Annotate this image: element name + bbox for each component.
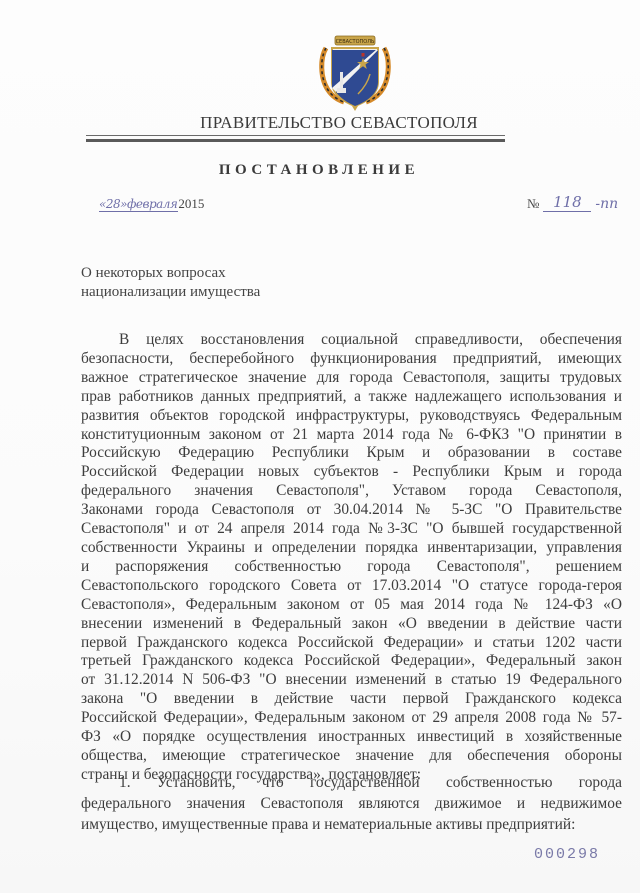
document-page: СЕВАСТОПОЛЬ ПРАВИТЕЛЬСТВО СЕВАСТОПОЛЯ ПО…	[0, 0, 640, 893]
handwritten-number: 118	[543, 193, 591, 212]
preamble-line: первой Гражданского кодекса Российской Ф…	[81, 634, 622, 653]
preamble-line: Российской Федерации», Федеральным закон…	[81, 709, 622, 728]
clause-line: федерального значения Севастополя являют…	[81, 793, 622, 814]
date-day: 28	[106, 197, 120, 211]
date-close-quote: »	[120, 197, 127, 211]
header-rule-thick	[86, 139, 505, 142]
preamble-line: третьей Гражданского кодекса Российской …	[81, 652, 622, 671]
organization-name-text: ПРАВИТЕЛЬСТВО СЕВАСТОПОЛЯ	[200, 113, 478, 132]
preamble-line: собственности Украины и определении поря…	[81, 539, 622, 558]
coat-of-arms-icon: СЕВАСТОПОЛЬ	[318, 28, 392, 112]
clause-line: имущество, имущественные права и нематер…	[81, 814, 622, 835]
preamble-line: от 31.12.2014 N 506-ФЗ "О внесении измен…	[81, 671, 622, 690]
preamble-line: федерального значения Севастополя", Уста…	[81, 482, 622, 501]
date-month: февраля	[127, 197, 177, 211]
serial-number-stamp: 000298	[534, 846, 600, 863]
subject-line-1: О некоторых вопросах	[81, 264, 260, 283]
preamble-line: Севастополя», Федеральным законом от 05 …	[81, 596, 622, 615]
document-type-heading: ПОСТАНОВЛЕНИЕ	[0, 162, 640, 179]
preamble-line: Российскую Федерацию Республики Крым и о…	[81, 444, 622, 463]
preamble-line: важное стратегическое значение для город…	[81, 369, 622, 388]
preamble-line: ФЗ «О порядке осуществления иностранных …	[81, 728, 622, 747]
preamble-line: Севастополя" и от 24 апреля 2014 года №3…	[81, 520, 622, 539]
date-year: 2015	[178, 196, 204, 212]
handwritten-date: «28»февраля	[99, 197, 178, 212]
organization-name: ПРАВИТЕЛЬСТВО СЕВАСТОПОЛЯ	[0, 113, 640, 133]
number-label: №	[527, 196, 539, 212]
preamble-line: Законами города Севастополя от 30.04.201…	[81, 501, 622, 520]
preamble-line: внесении изменений в Федеральный закон «…	[81, 615, 622, 634]
header-rule-thin	[86, 135, 505, 136]
document-number: № 118 -пп	[527, 193, 618, 212]
document-date: «28»февраля 2015	[99, 196, 204, 212]
preamble-line: В целях восстановления социальной справе…	[81, 331, 622, 350]
clause-line: 1. Установить, что государственной собст…	[81, 772, 622, 793]
subject-line-2: национализации имущества	[81, 283, 260, 302]
preamble-line: прав работников данных предприятий, а та…	[81, 388, 622, 407]
handwritten-number-suffix: -пп	[595, 196, 618, 212]
preamble-line: конституционным законом от 21 марта 2014…	[81, 426, 622, 445]
date-open-quote: «	[99, 197, 106, 211]
preamble-line: общества, имеющие стратегическое значени…	[81, 747, 622, 766]
preamble-line: развития объектов городской инфраструкту…	[81, 407, 622, 426]
preamble-paragraph: В целях восстановления социальной справе…	[81, 331, 622, 785]
preamble-line: и распоряжения собственностью города Сев…	[81, 558, 622, 577]
preamble-line: безопасности, бесперебойного функциониро…	[81, 350, 622, 369]
document-subject: О некоторых вопросах национализации имущ…	[81, 264, 260, 302]
document-type-text: ПОСТАНОВЛЕНИЕ	[219, 162, 419, 178]
preamble-line: закона "О введении в действие части перв…	[81, 690, 622, 709]
clause-1: 1. Установить, что государственной собст…	[81, 772, 622, 835]
svg-text:СЕВАСТОПОЛЬ: СЕВАСТОПОЛЬ	[336, 39, 375, 45]
preamble-line: Российской Федерации новых субъектов - Р…	[81, 463, 622, 482]
preamble-line: Севастопольского городского Совета от 17…	[81, 577, 622, 596]
